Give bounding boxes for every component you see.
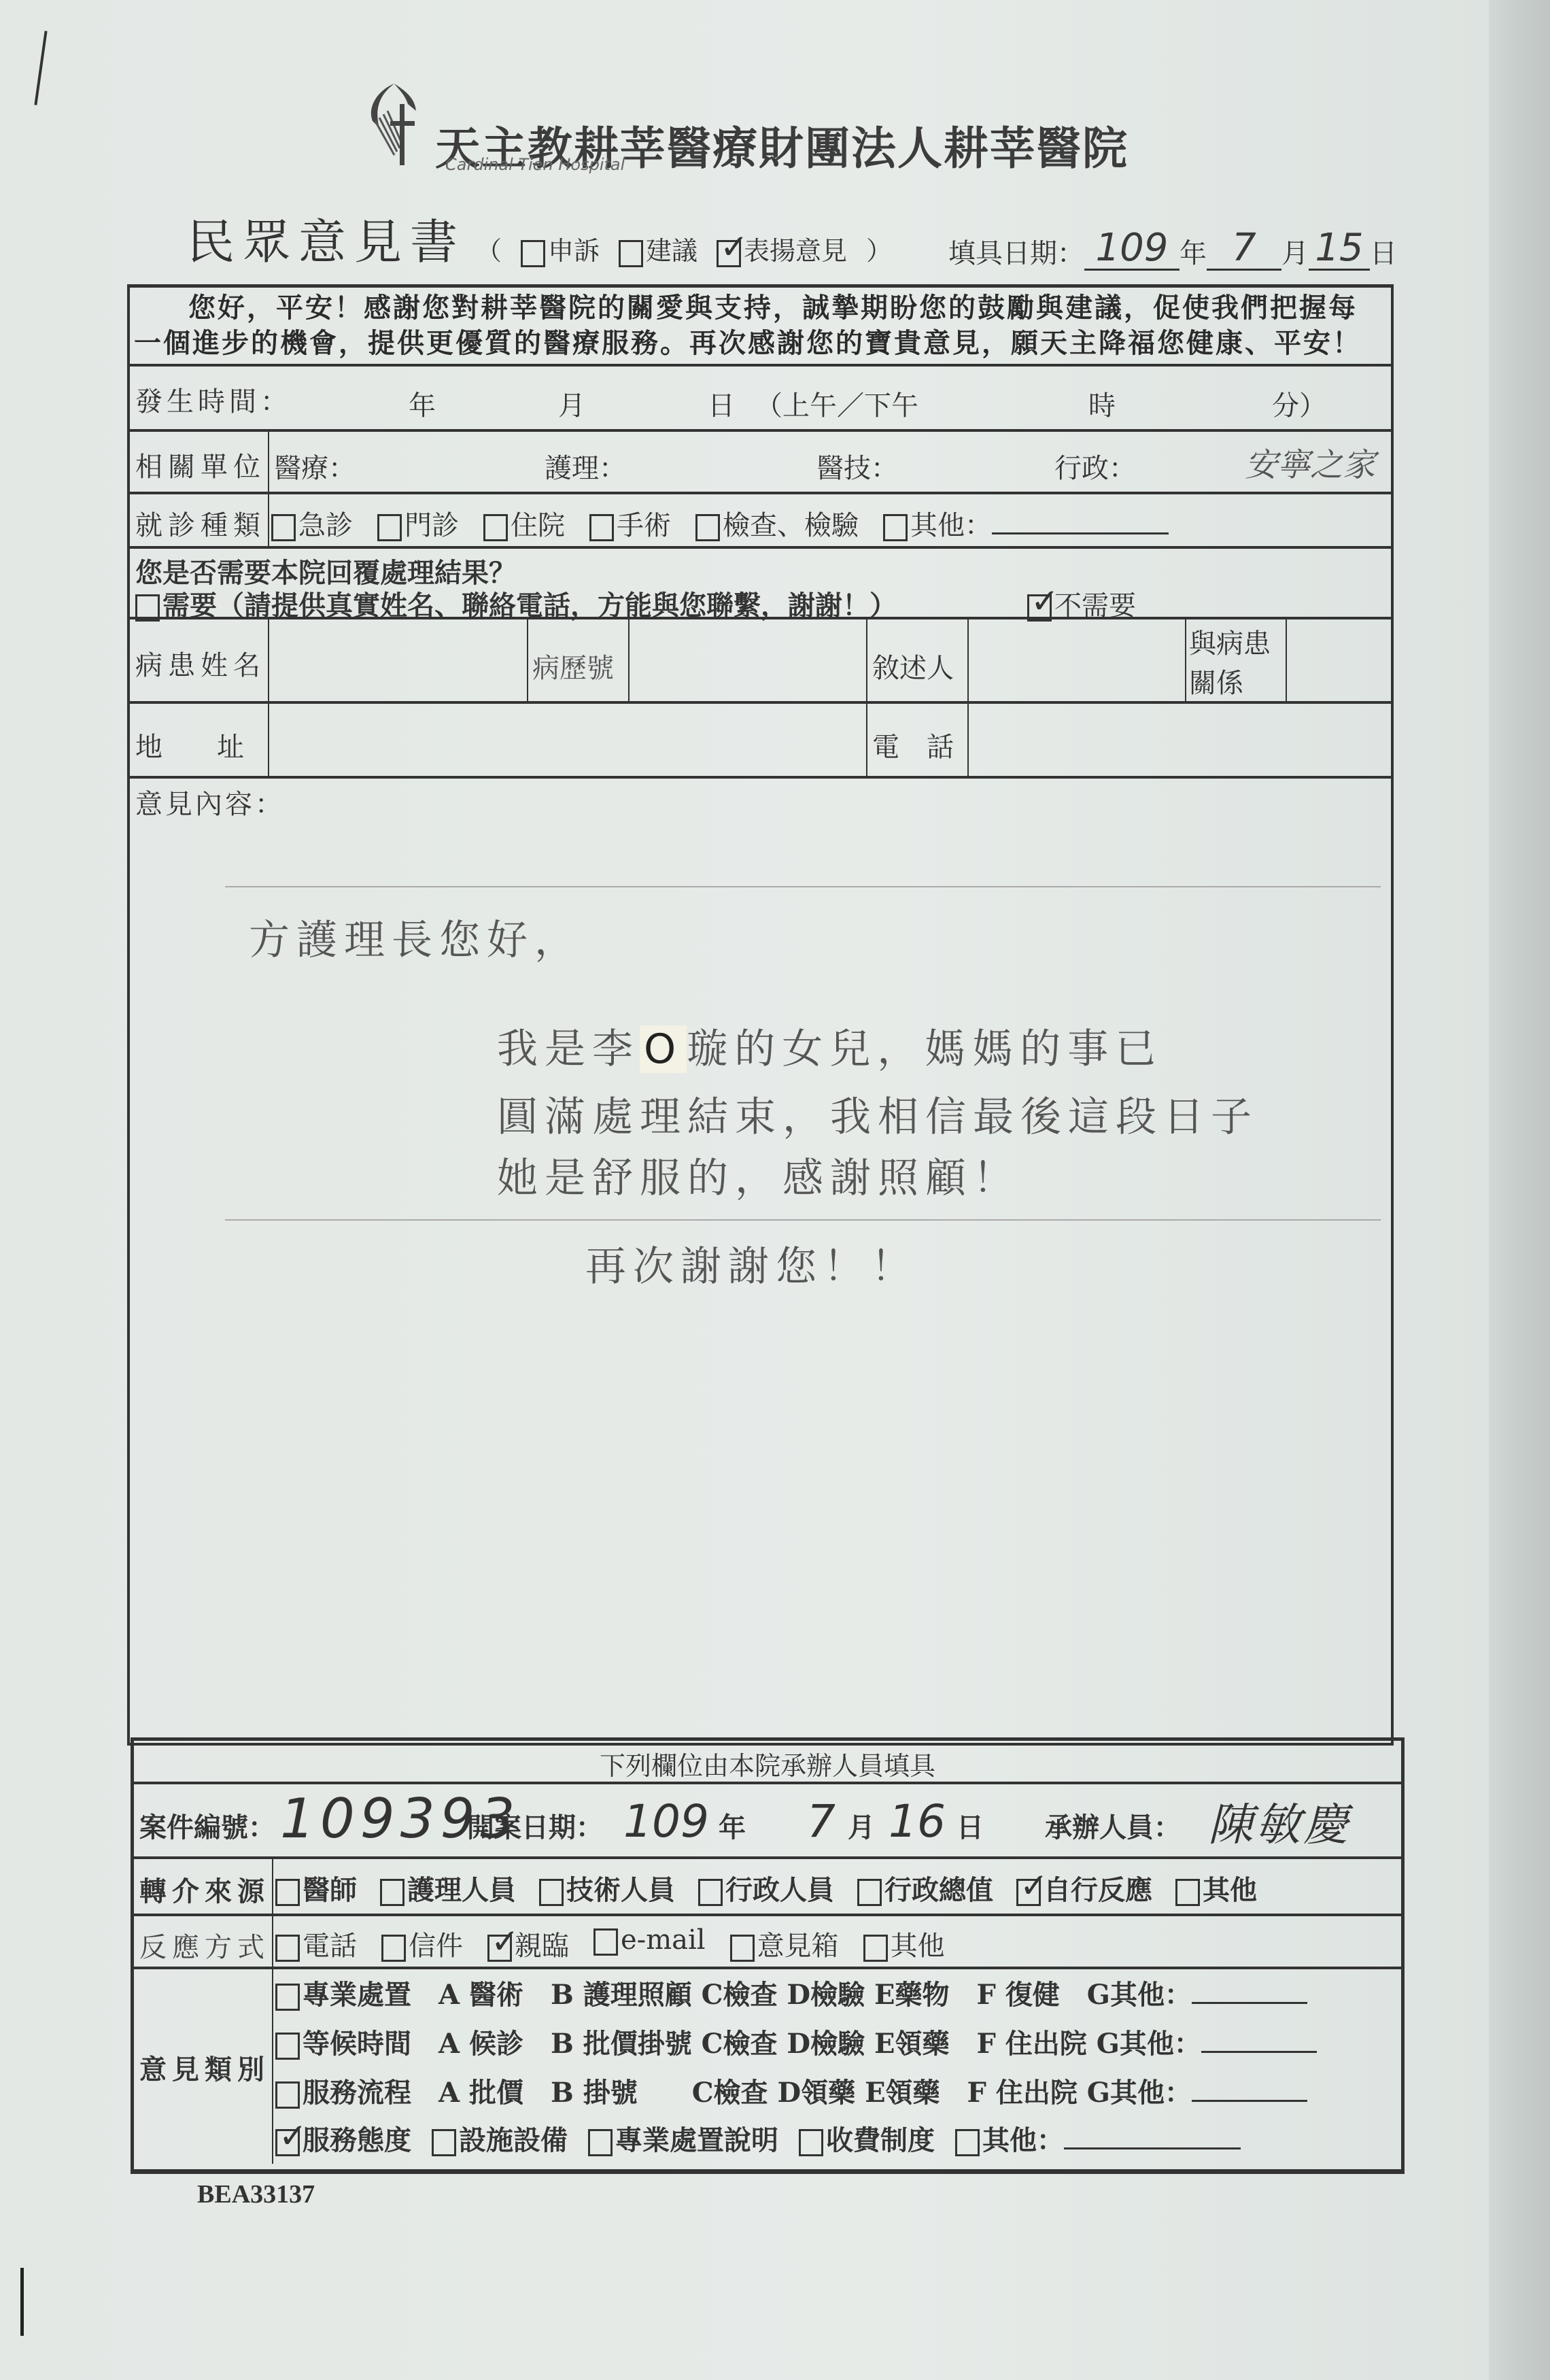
category-attitude[interactable]: 服務態度 — [275, 2119, 411, 2158]
pen-mark — [20, 2268, 24, 2336]
response-letter[interactable]: 信件 — [381, 1924, 463, 1963]
referral-tech[interactable]: 技術人員 — [539, 1869, 675, 1907]
greeting-text: 您好，平安！感謝您對耕莘醫院的關愛與支持，誠摯期盼您的鼓勵與建議，促使我們把握每… — [130, 288, 1391, 364]
fill-date-month[interactable]: 7 — [1207, 228, 1281, 271]
opinion-form: 您好，平安！感謝您對耕莘醫院的關愛與支持，誠摯期盼您的鼓勵與建議，促使我們把握每… — [127, 284, 1394, 1746]
category-explanation[interactable]: 專業處置說明 — [588, 2119, 778, 2158]
checkbox-checked[interactable] — [717, 240, 741, 267]
staff-heading-row: 下列欄位由本院承辦人員填具 — [134, 1741, 1401, 1784]
open-date-month[interactable]: 7 — [807, 1795, 836, 1848]
referral-self[interactable]: 自行反應 — [1016, 1869, 1152, 1907]
opinion-label: 意見內容： — [135, 783, 285, 821]
response-options: 電話 信件 親臨 e-mail 意見箱 其他 — [275, 1924, 945, 1963]
category-fees[interactable]: 收費制度 — [799, 2119, 935, 2158]
staff-section: 下列欄位由本院承辦人員填具 案件編號： 109393 開案日期： 109 年 7… — [131, 1737, 1405, 2174]
referral-admin-duty[interactable]: 行政總值 — [857, 1869, 993, 1907]
opinion-line-2: 圓滿處理結束，我相信最後這段日子 — [497, 1085, 1258, 1143]
opinion-line-4: 再次謝謝您！！ — [585, 1234, 918, 1293]
form-type-complaint[interactable]: 申訴 — [521, 230, 600, 267]
visit-type-options: 急診 門診 住院 手術 檢查、檢驗 其他： — [271, 504, 1169, 543]
visit-outpatient[interactable]: 門診 — [377, 504, 459, 543]
form-code: BEA33137 — [197, 2179, 315, 2209]
category-section: 意見類別 專業處置 A 醫術 B 護理照顧 C檢查 D檢驗 E藥物 F 復健 G… — [134, 1967, 1401, 2164]
fill-date: 填具日期： 109 年 7 月 15 日 — [948, 228, 1397, 271]
address-row: 地 址 電 話 — [130, 701, 1391, 779]
category-row-professional[interactable]: 專業處置 A 醫術 B 護理照顧 C檢查 D檢驗 E藥物 F 復健 G其他： — [275, 1973, 1307, 2012]
handler-name[interactable]: 陳敏慶 — [1208, 1788, 1351, 1853]
category-row-waiting[interactable]: 等候時間 A 候診 B 批價掛號 C檢查 D檢驗 E領藥 F 住出院 G其他： — [275, 2022, 1317, 2061]
checkbox[interactable] — [521, 240, 545, 267]
category-last-row: 服務態度 設施設備 專業處置說明 收費制度 其他： — [275, 2119, 1241, 2158]
visit-emergency[interactable]: 急診 — [271, 504, 353, 543]
form-type-praise[interactable]: 表揚意見 — [717, 230, 847, 267]
patient-row: 病患姓名 病歷號 敘述人 與病患 關係 — [130, 617, 1391, 704]
form-title: 民眾意見書 — [187, 204, 466, 273]
form-type-options: （ 申訴 建議 表揚意見 ） — [476, 230, 892, 267]
category-facilities[interactable]: 設施設備 — [432, 2119, 568, 2158]
referral-options: 醫師 護理人員 技術人員 行政人員 行政總值 自行反應 其他 — [275, 1869, 1257, 1907]
case-info-row: 案件編號： 109393 開案日期： 109 年 7 月 16 日 承辦人員： … — [134, 1782, 1401, 1859]
opinion-salutation: 方護理長您好， — [249, 908, 582, 966]
opinion-line-1: 我是李O璇的女兒，媽媽的事已 — [497, 1017, 1162, 1075]
form-type-suggestion[interactable]: 建議 — [619, 230, 697, 267]
referral-doctor[interactable]: 醫師 — [275, 1869, 357, 1907]
visit-inpatient[interactable]: 住院 — [483, 504, 565, 543]
redacted-name: O — [640, 1025, 687, 1073]
response-phone[interactable]: 電話 — [275, 1924, 357, 1963]
opinion-line-3: 她是舒服的，感謝照顧！ — [497, 1146, 1020, 1204]
open-date-year[interactable]: 109 — [623, 1795, 709, 1848]
category-other[interactable]: 其他： — [955, 2119, 1241, 2158]
open-date-day[interactable]: 16 — [889, 1795, 946, 1848]
checkbox[interactable] — [619, 240, 643, 267]
fill-date-year[interactable]: 109 — [1084, 228, 1179, 271]
referral-nurse[interactable]: 護理人員 — [380, 1869, 516, 1907]
visit-exam[interactable]: 檢查、檢驗 — [695, 504, 859, 543]
referral-admin[interactable]: 行政人員 — [698, 1869, 834, 1907]
response-other[interactable]: 其他 — [863, 1924, 945, 1963]
related-unit-row: 相關單位 醫療： 護理： 醫技： 行政： 安寧之家 — [130, 429, 1391, 494]
hospital-name-en: Cardinal Tien Hospital — [445, 155, 625, 174]
related-unit-handwritten[interactable]: 安寧之家 — [1245, 439, 1375, 486]
referral-other[interactable]: 其他 — [1175, 1869, 1257, 1907]
visit-type-row: 就診種類 急診 門診 住院 手術 檢查、檢驗 其他： — [130, 492, 1391, 549]
page-edge-shadow — [1489, 0, 1550, 2380]
response-email[interactable]: e-mail — [593, 1924, 706, 1963]
category-row-process[interactable]: 服務流程 A 批價 B 掛號 C檢查 D領藥 E領藥 F 住出院 G其他： — [275, 2071, 1307, 2110]
fill-date-day[interactable]: 15 — [1309, 228, 1370, 271]
visit-other[interactable]: 其他： — [883, 504, 1169, 543]
response-row: 反應方式 電話 信件 親臨 e-mail 意見箱 其他 — [134, 1914, 1401, 1969]
occurrence-row: 發生時間： 年 月 日 （上午／下午 時 分） — [130, 364, 1391, 432]
response-in-person[interactable]: 親臨 — [487, 1924, 569, 1963]
visit-surgery[interactable]: 手術 — [589, 504, 671, 543]
hospital-logo-icon — [367, 80, 421, 169]
response-box[interactable]: 意見箱 — [730, 1924, 839, 1963]
referral-row: 轉介來源 醫師 護理人員 技術人員 行政人員 行政總值 自行反應 其他 — [134, 1856, 1401, 1916]
greeting-row: 您好，平安！感謝您對耕莘醫院的關愛與支持，誠摯期盼您的鼓勵與建議，促使我們把握每… — [130, 288, 1391, 367]
reply-row: 您是否需要本院回覆處理結果？ 需要（請提供真實姓名、聯絡電話，方能與您聯繫，謝謝… — [130, 546, 1391, 619]
